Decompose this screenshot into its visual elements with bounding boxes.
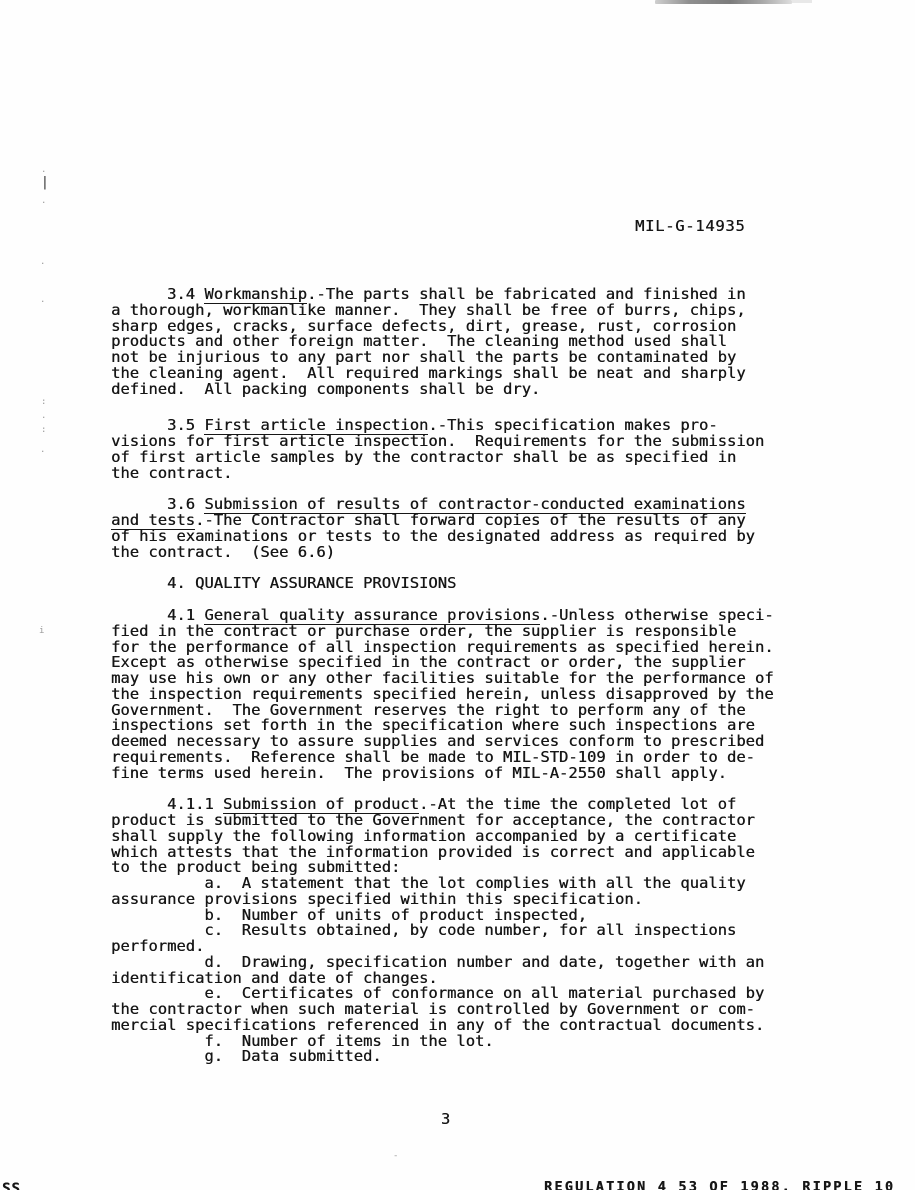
page-number: 3 <box>441 1110 450 1128</box>
text-line: the contract. (See 6.6) <box>111 545 831 561</box>
scan-artifact: : <box>41 426 46 435</box>
scan-artifact: - <box>393 1152 398 1161</box>
page: MIL-G-14935 3.4 Workmanship.-The parts s… <box>0 0 915 1190</box>
document-reference-number: MIL-G-14935 <box>635 217 745 235</box>
scan-artifact: | <box>41 176 49 189</box>
scan-edge-line <box>655 0 792 4</box>
scan-artifact: : <box>41 398 46 407</box>
text-line: 4. QUALITY ASSURANCE PROVISIONS <box>111 576 831 592</box>
document-body: 3.4 Workmanship.-The parts shall be fabr… <box>111 287 831 1081</box>
scan-artifact: . <box>41 166 46 175</box>
para-3-4-workmanship: 3.4 Workmanship.-The parts shall be fabr… <box>111 287 831 397</box>
scan-artifact: i <box>39 627 44 636</box>
para-4-1-general-quality-assurance: 4.1 General quality assurance provisions… <box>111 608 831 781</box>
para-3-5-first-article-inspection: 3.5 First article inspection.-This speci… <box>111 418 831 481</box>
para-3-6-submission-of-results: 3.6 Submission of results of contractor-… <box>111 497 831 560</box>
text-line: fine terms used herein. The provisions o… <box>111 766 831 782</box>
para-4-1-1-submission-of-product: 4.1.1 Submission of product.-At the time… <box>111 797 831 1065</box>
text-line: the contract. <box>111 466 831 482</box>
scan-artifact: . <box>41 412 46 421</box>
scan-artifact: . <box>40 258 45 267</box>
footer-clipped-text-right: regulation 4 53 of 1988. ripple 10 <box>544 1179 895 1190</box>
scan-artifact: . <box>40 296 45 305</box>
scan-edge-line-fragment <box>792 0 812 3</box>
text-line: g. Data submitted. <box>111 1049 831 1065</box>
scan-artifact: . <box>40 446 45 455</box>
text-line: defined. All packing components shall be… <box>111 382 831 398</box>
heading-4-quality-assurance-provisions: 4. QUALITY ASSURANCE PROVISIONS <box>111 576 831 592</box>
scan-artifact: . <box>41 197 46 206</box>
footer-clipped-text-left: SS <box>2 1181 21 1190</box>
text-line: c. Results obtained, by code number, for… <box>111 923 831 939</box>
